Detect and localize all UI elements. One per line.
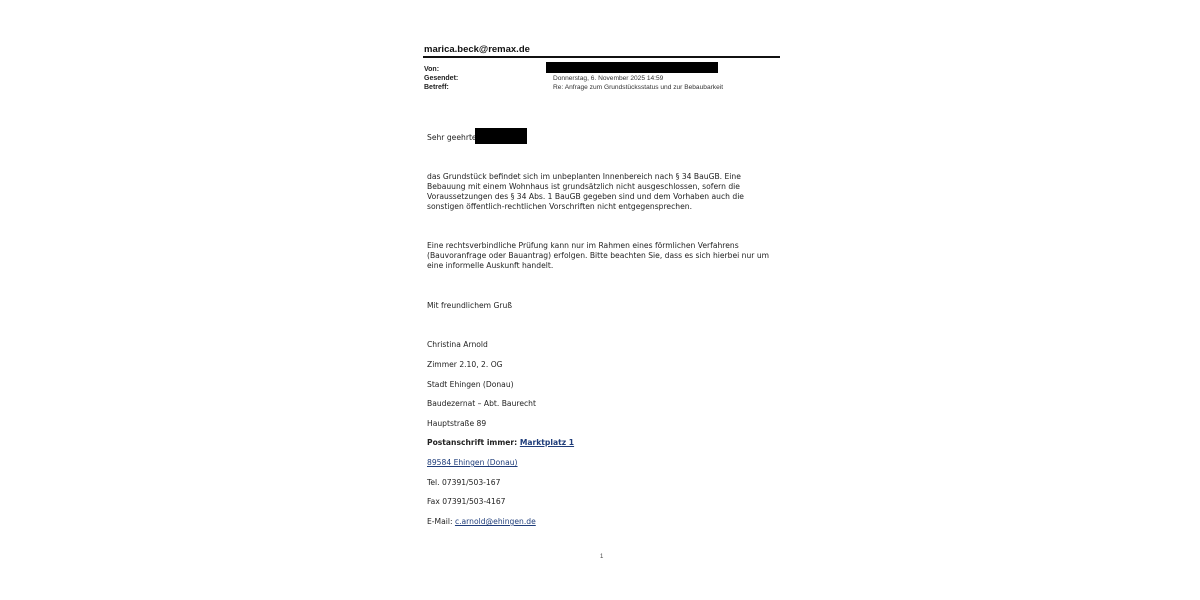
postal-link[interactable]: Marktplatz 1 (520, 438, 574, 447)
signature-street: Hauptstraße 89 (427, 419, 486, 428)
subject-value: Re: Anfrage zum Grundstücksstatus und zu… (553, 84, 723, 91)
from-label: Von: (424, 66, 439, 73)
header-divider (423, 56, 780, 58)
signature-fax: Fax 07391/503-4167 (427, 497, 506, 506)
postal-address: Postanschrift immer: Marktplatz 1 (427, 438, 574, 447)
signature-room: Zimmer 2.10, 2. OG (427, 360, 503, 369)
signature-email: E-Mail: c.arnold@ehingen.de (427, 517, 536, 526)
postal-label: Postanschrift immer: (427, 438, 520, 447)
closing: Mit freundlichem Gruß (427, 301, 512, 310)
redacted-from (546, 62, 718, 73)
signature-tel: Tel. 07391/503-167 (427, 478, 500, 487)
sent-label: Gesendet: (424, 75, 458, 82)
salutation: Sehr geehrter (427, 133, 480, 142)
paragraph-2: Eine rechtsverbindliche Prüfung kann nur… (427, 241, 777, 271)
signature-department: Baudezernat – Abt. Baurecht (427, 399, 536, 408)
signature-name: Christina Arnold (427, 340, 488, 349)
postal-city-link[interactable]: 89584 Ehingen (Donau) (427, 458, 518, 467)
redacted-name (475, 128, 527, 144)
email-label: E-Mail: (427, 517, 455, 526)
sent-value: Donnerstag, 6. November 2025 14:59 (553, 75, 663, 82)
sender-email: marica.beck@remax.de (424, 44, 530, 55)
document-page: marica.beck@remax.de Von: Gesendet: Donn… (390, 0, 810, 600)
paragraph-1: das Grundstück befindet sich im unbeplan… (427, 172, 777, 212)
page-number: 1 (600, 554, 603, 560)
email-link[interactable]: c.arnold@ehingen.de (455, 517, 536, 526)
subject-label: Betreff: (424, 84, 449, 91)
signature-city-office: Stadt Ehingen (Donau) (427, 380, 514, 389)
